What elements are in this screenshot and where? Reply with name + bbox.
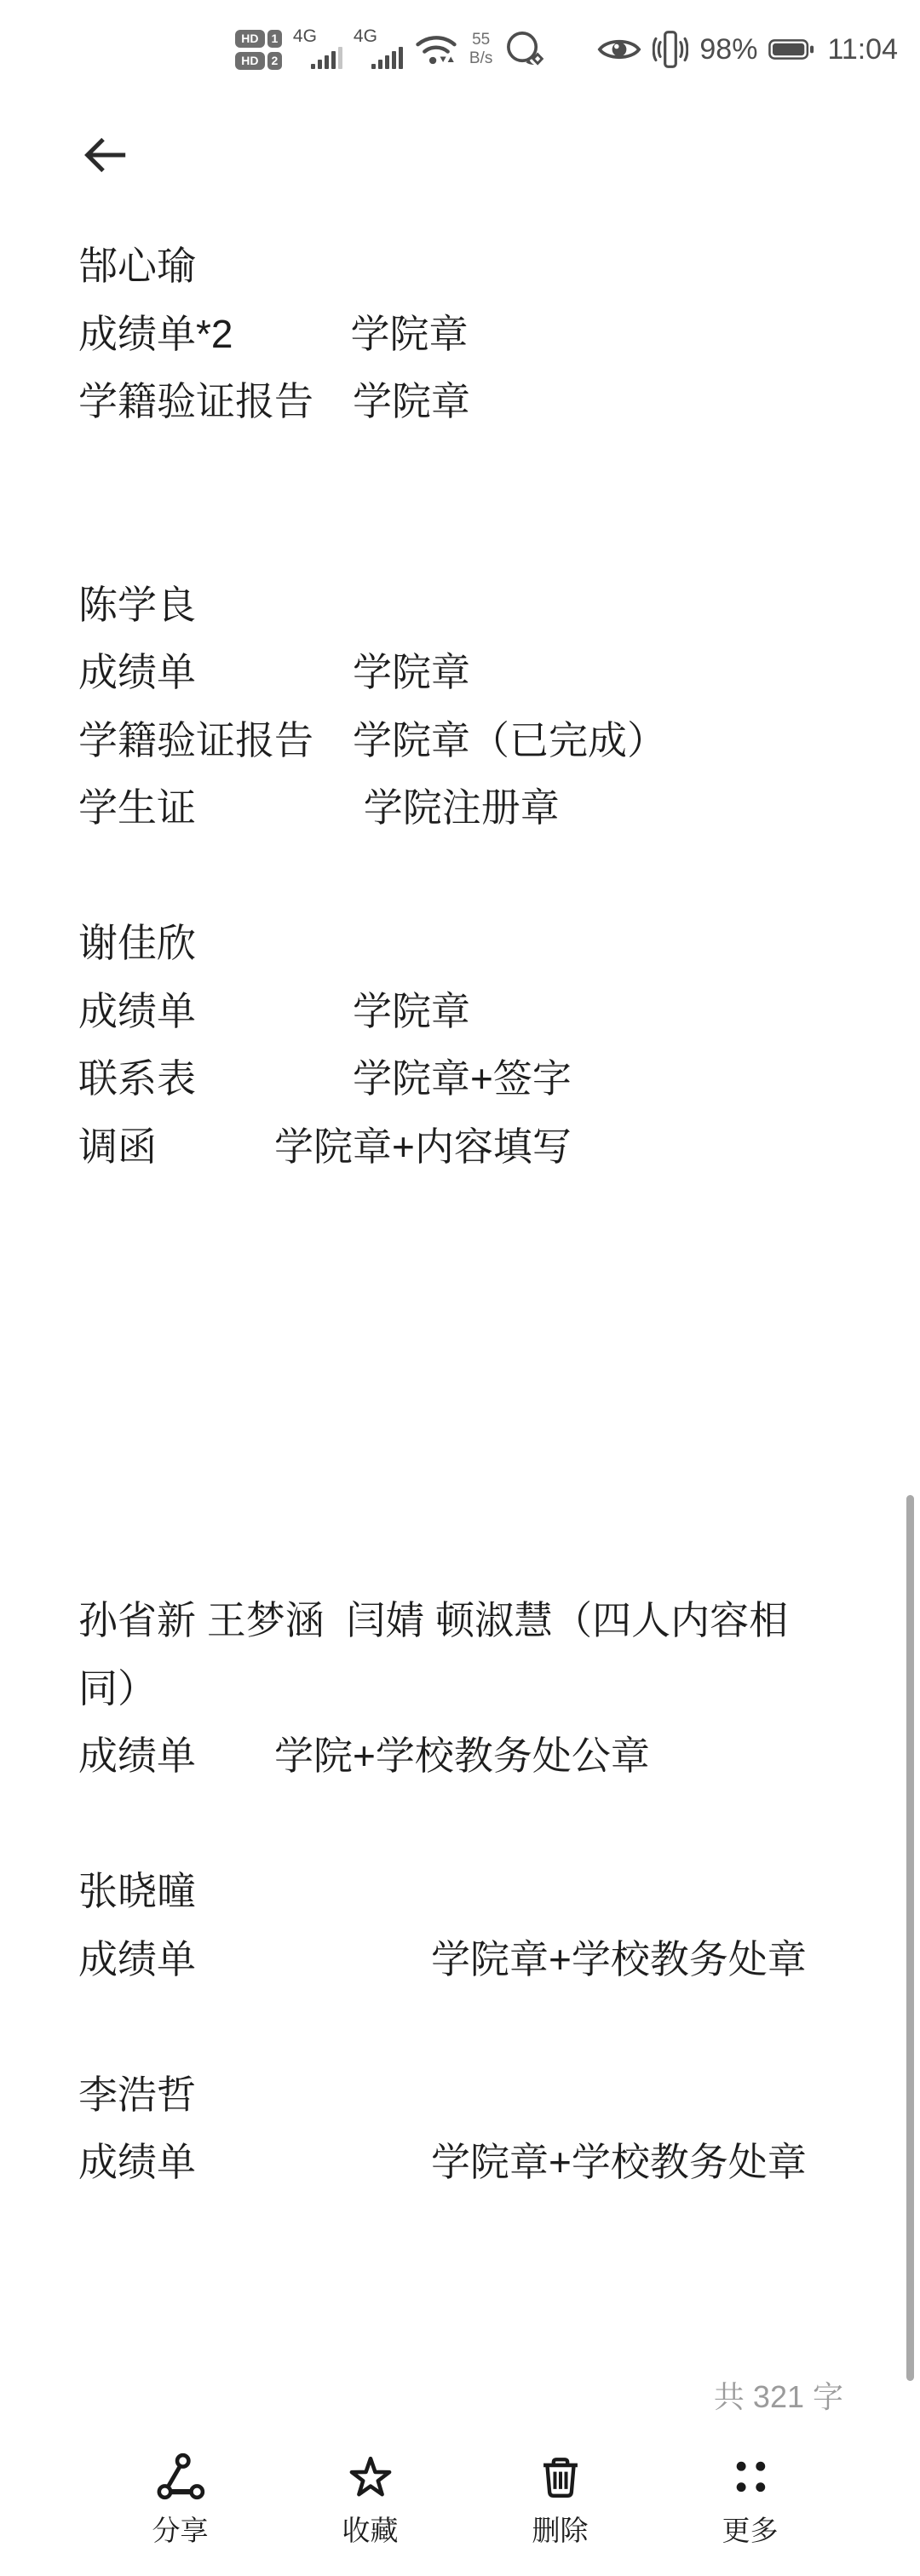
note-line[interactable]: 郜心瑜 <box>78 233 872 301</box>
note-line[interactable] <box>78 1993 872 2061</box>
note-line[interactable]: 孙省新 王梦涵 闫婧 顿淑慧（四人内容相 <box>78 1587 872 1655</box>
vibrate-icon <box>653 27 688 72</box>
note-line[interactable]: 成绩单 学院章+学校教务处章 <box>78 2129 872 2197</box>
note-line[interactable] <box>78 1520 872 1588</box>
note-line[interactable] <box>78 436 872 504</box>
share-label: 分享 <box>152 2509 209 2549</box>
note-line[interactable]: 成绩单 学院章 <box>78 978 872 1046</box>
status-bar: HD 1 HD 2 4G 4G <box>0 14 920 85</box>
hd-icon: HD <box>235 30 265 48</box>
note-line[interactable] <box>78 1791 872 1859</box>
note-line[interactable] <box>78 842 872 911</box>
note-line[interactable] <box>78 1249 872 1317</box>
note-line[interactable] <box>78 1384 872 1452</box>
battery-icon <box>768 37 816 62</box>
note-line[interactable]: 学生证 学院注册章 <box>78 774 872 842</box>
wifi-icon <box>414 30 458 69</box>
note-line[interactable]: 调函 学院章+内容填写 <box>78 1113 872 1182</box>
network-speed: 55 B/s <box>469 31 492 68</box>
arrow-left-icon <box>78 129 130 181</box>
note-content[interactable]: 郜心瑜 成绩单*2 学院章 学籍验证报告 学院章 陈学良 成绩单 学院章 学籍验… <box>78 233 872 2197</box>
note-detail-screen: HD 1 HD 2 4G 4G <box>0 0 920 2576</box>
more-button[interactable]: 更多 <box>655 2452 845 2549</box>
signal-strength-icon-sim1: 4G <box>293 25 342 74</box>
note-line[interactable]: 学籍验证报告 学院章 <box>78 368 872 436</box>
share-icon <box>156 2452 205 2501</box>
note-line[interactable]: 谢佳欣 <box>78 910 872 978</box>
sim2-number: 2 <box>267 52 282 70</box>
more-icon <box>726 2452 775 2501</box>
note-line[interactable]: 同） <box>78 1655 872 1723</box>
net-speed-unit: B/s <box>469 49 492 68</box>
note-line[interactable]: 成绩单 学院章 <box>78 639 872 707</box>
note-line[interactable]: 张晓曈 <box>78 1858 872 1926</box>
favorite-button[interactable]: 收藏 <box>275 2452 465 2549</box>
hd-icon: HD <box>235 52 265 70</box>
share-button[interactable]: 分享 <box>85 2452 275 2549</box>
bottom-toolbar: 分享 收藏 删除 更多 <box>0 2443 920 2576</box>
network-type-label: 4G <box>354 26 377 47</box>
delete-button[interactable]: 删除 <box>465 2452 655 2549</box>
chat-bubble-icon <box>503 28 546 71</box>
star-icon <box>346 2452 395 2501</box>
network-type-label: 4G <box>293 26 317 47</box>
note-line[interactable] <box>78 1452 872 1520</box>
note-line[interactable]: 学籍验证报告 学院章（已完成） <box>78 707 872 775</box>
note-line[interactable] <box>78 1316 872 1384</box>
note-line[interactable]: 成绩单 学院+学校教务处公章 <box>78 1722 872 1791</box>
delete-label: 删除 <box>532 2509 589 2549</box>
sim1-number: 1 <box>267 30 282 48</box>
more-label: 更多 <box>722 2509 779 2549</box>
note-line[interactable]: 成绩单*2 学院章 <box>78 301 872 369</box>
status-spacer <box>557 49 586 50</box>
favorite-label: 收藏 <box>342 2509 399 2549</box>
net-speed-value: 55 <box>469 31 492 49</box>
battery-percent: 98% <box>699 33 757 66</box>
note-line[interactable] <box>78 503 872 572</box>
trash-icon <box>536 2452 585 2501</box>
word-count: 共 321 字 <box>714 2373 843 2417</box>
note-line[interactable]: 李浩哲 <box>78 2061 872 2130</box>
note-line[interactable] <box>78 1181 872 1249</box>
note-line[interactable]: 陈学良 <box>78 572 872 640</box>
hd-volte-badges: HD 1 HD 2 <box>235 30 282 70</box>
note-line[interactable]: 联系表 学院章+签字 <box>78 1045 872 1113</box>
back-button[interactable] <box>73 124 135 186</box>
note-line[interactable]: 成绩单 学院章+学校教务处章 <box>78 1926 872 1994</box>
signal-strength-icon-sim2: 4G <box>354 25 403 74</box>
hd2-badge: HD 2 <box>235 52 282 70</box>
eye-comfort-icon <box>597 34 641 65</box>
hd1-badge: HD 1 <box>235 30 282 48</box>
scrollbar-thumb[interactable] <box>906 1495 914 2381</box>
clock-time: 11:04 <box>827 33 898 66</box>
